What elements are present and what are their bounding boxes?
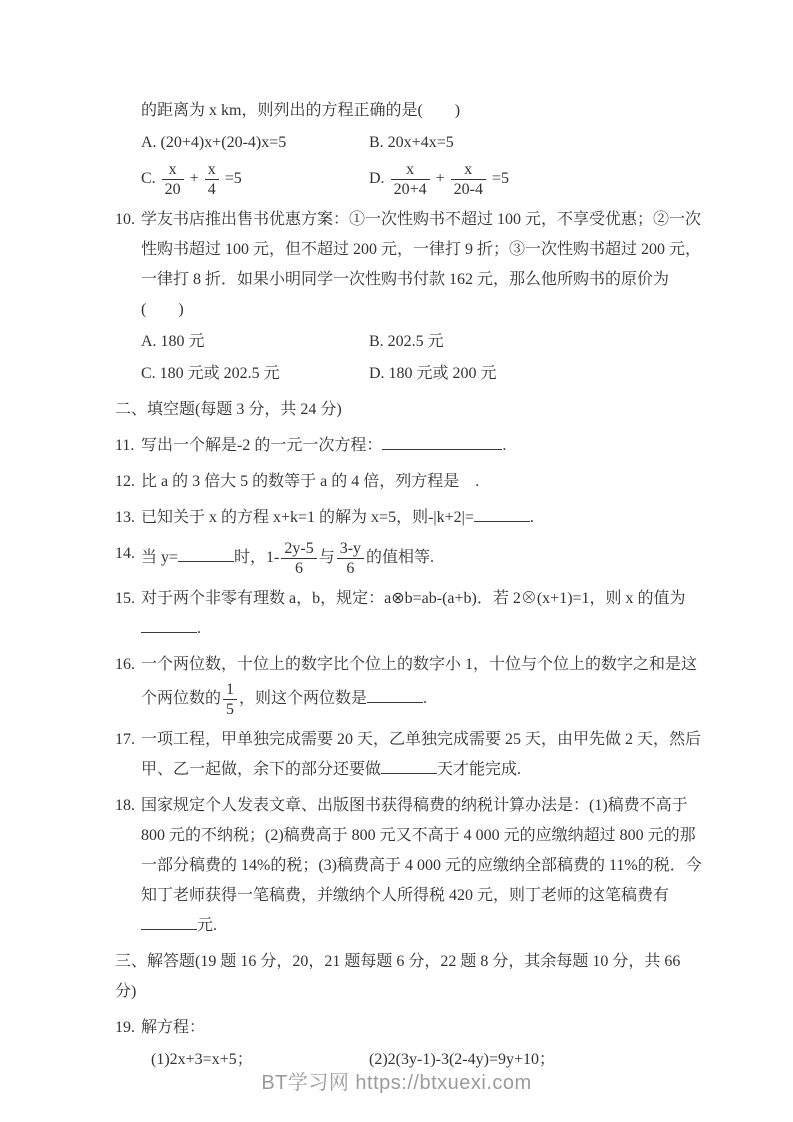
stem-text: 与 <box>319 549 335 566</box>
stem-text: 元. <box>197 917 217 934</box>
question-10-options: A. 180 元 B. 202.5 元 C. 180 元或 202.5 元 D.… <box>141 327 703 389</box>
fraction: x 4 <box>205 160 219 199</box>
operator: + <box>190 170 199 187</box>
question-number: 12. <box>115 467 135 497</box>
question-stem: 一项工程，甲单独完成需要 20 天，乙单独完成需要 25 天，由甲先做 2 天，… <box>141 725 703 785</box>
question-number: 15. <box>115 584 135 614</box>
question-13: 13. 已知关于 x 的方程 x+k=1 的解为 x=5，则-|k+2|=. <box>115 503 703 533</box>
option-d: D. 180 元或 200 元 <box>369 359 703 389</box>
fraction-numerator: 2y-5 <box>281 539 316 559</box>
stem-text: . <box>197 620 201 637</box>
question-stem: 的距离为 x km，则列出的方程正确的是( ) <box>141 96 703 126</box>
question-number: 14. <box>115 539 135 569</box>
question-18: 18. 国家规定个人发表文章、出版图书获得稿费的纳税计算办法是：(1)稿费不高于… <box>115 791 703 941</box>
answer-blank <box>382 434 502 450</box>
fraction-denominator: 20-4 <box>451 180 486 199</box>
answer-blank <box>367 687 423 703</box>
option-label: C. <box>141 170 156 187</box>
question-stem: 解方程： <box>141 1013 703 1043</box>
stem-text: . <box>423 690 427 707</box>
answer-blank <box>381 758 437 774</box>
question-stem: 当 y=时，1-2y-56与3-y6的值相等. <box>141 539 703 578</box>
question-stem: 写出一个解是-2 的一元一次方程：. <box>141 431 703 461</box>
stem-text: 国家规定个人发表文章、出版图书获得稿费的纳税计算办法是：(1)稿费不高于 800… <box>141 797 702 904</box>
stem-text: 写出一个解是-2 的一元一次方程： <box>141 437 382 454</box>
question-stem: 对于两个非零有理数 a，b，规定：a⊗b=ab-(a+b)．若 2⊗(x+1)=… <box>141 584 703 644</box>
question-stem: 国家规定个人发表文章、出版图书获得稿费的纳税计算办法是：(1)稿费不高于 800… <box>141 791 703 941</box>
question-number: 13. <box>115 503 135 533</box>
fraction: x 20+4 <box>391 160 430 199</box>
question-number: 16. <box>115 650 135 680</box>
option-a: A. (20+4)x+(20-4)x=5 <box>141 128 369 158</box>
stem-text: . <box>502 437 506 454</box>
fraction-numerator: 1 <box>223 680 237 700</box>
question-number: 17. <box>115 725 135 755</box>
question-stem: 一个两位数，十位上的数字比个位上的数字小 1，十位与个位上的数字之和是这个两位数… <box>141 650 703 719</box>
question-stem: 已知关于 x 的方程 x+k=1 的解为 x=5，则-|k+2|=. <box>141 503 703 533</box>
stem-text: 时，1- <box>234 549 279 566</box>
question-15: 15. 对于两个非零有理数 a，b，规定：a⊗b=ab-(a+b)．若 2⊗(x… <box>115 584 703 644</box>
question-11: 11. 写出一个解是-2 的一元一次方程：. <box>115 431 703 461</box>
fraction: 3-y6 <box>337 539 364 578</box>
fraction: x 20-4 <box>451 160 486 199</box>
fraction-numerator: x <box>451 160 486 180</box>
fraction-numerator: x <box>391 160 430 180</box>
fraction-denominator: 20+4 <box>391 180 430 199</box>
stem-text: ，则这个两位数是 <box>239 690 367 707</box>
exam-page: 的距离为 x km，则列出的方程正确的是( ) A. (20+4)x+(20-4… <box>0 0 793 1122</box>
answer-blank <box>141 617 197 633</box>
section-2-header: 二、填空题(每题 3 分，共 24 分) <box>115 395 703 425</box>
stem-text: 天才能完成. <box>437 761 521 778</box>
stem-text: 对于两个非零有理数 a，b，规定：a⊗b=ab-(a+b)．若 2⊗(x+1)=… <box>141 590 686 607</box>
fraction: x 20 <box>162 160 184 199</box>
answer-blank <box>178 546 234 562</box>
operator: + <box>436 170 445 187</box>
question-17: 17. 一项工程，甲单独完成需要 20 天，乙单独完成需要 25 天，由甲先做 … <box>115 725 703 785</box>
fraction-numerator: 3-y <box>337 539 364 559</box>
question-9-continuation: 的距离为 x km，则列出的方程正确的是( ) A. (20+4)x+(20-4… <box>115 96 703 199</box>
question-number: 18. <box>115 791 135 821</box>
question-10: 10. 学友书店推出售书优惠方案：①一次性购书不超过 100 元，不享受优惠；②… <box>115 205 703 389</box>
stem-text: 当 y= <box>141 549 178 566</box>
question-stem: 比 a 的 3 倍大 5 的数等于 a 的 4 倍，列方程是 . <box>141 467 703 497</box>
answer-blank <box>474 506 530 522</box>
answer-blank <box>141 914 197 930</box>
section-3-header: 三、解答题(19 题 16 分，20，21 题每题 6 分，22 题 8 分，其… <box>115 947 703 1007</box>
equation-rhs: =5 <box>492 170 509 187</box>
exam-content: 的距离为 x km，则列出的方程正确的是( ) A. (20+4)x+(20-4… <box>115 96 703 1081</box>
fraction: 15 <box>223 680 237 719</box>
fraction-numerator: x <box>205 160 219 180</box>
question-number: 11. <box>115 431 134 461</box>
question-number: 10. <box>115 205 135 235</box>
question-16: 16. 一个两位数，十位上的数字比个位上的数字小 1，十位与个位上的数字之和是这… <box>115 650 703 719</box>
fraction-denominator: 20 <box>162 180 184 199</box>
equation-rhs: =5 <box>225 170 242 187</box>
fraction-denominator: 6 <box>337 559 364 578</box>
fraction-numerator: x <box>162 160 184 180</box>
fraction-denominator: 5 <box>223 700 237 719</box>
option-d: D. x 20+4 + x 20-4 =5 <box>369 160 703 199</box>
question-9-options: A. (20+4)x+(20-4)x=5 B. 20x+4x=5 C. x 20… <box>141 128 703 199</box>
option-a: A. 180 元 <box>141 327 369 357</box>
question-12: 12. 比 a 的 3 倍大 5 的数等于 a 的 4 倍，列方程是 . <box>115 467 703 497</box>
question-14: 14. 当 y=时，1-2y-56与3-y6的值相等. <box>115 539 703 578</box>
stem-text: 的值相等. <box>366 549 434 566</box>
option-b: B. 20x+4x=5 <box>369 128 703 158</box>
option-b: B. 202.5 元 <box>369 327 703 357</box>
question-number: 19. <box>115 1013 135 1043</box>
site-watermark: BT学习网 https://btxuexi.com <box>0 1066 793 1095</box>
stem-text: . <box>530 509 534 526</box>
option-label: D. <box>369 170 385 187</box>
fraction: 2y-56 <box>281 539 316 578</box>
stem-text: 已知关于 x 的方程 x+k=1 的解为 x=5，则-|k+2|= <box>141 509 474 526</box>
fraction-denominator: 6 <box>281 559 316 578</box>
option-c: C. 180 元或 202.5 元 <box>141 359 369 389</box>
option-c: C. x 20 + x 4 =5 <box>141 160 369 199</box>
question-stem: 学友书店推出售书优惠方案：①一次性购书不超过 100 元，不享受优惠；②一次性购… <box>141 205 703 325</box>
fraction-denominator: 4 <box>205 180 219 199</box>
